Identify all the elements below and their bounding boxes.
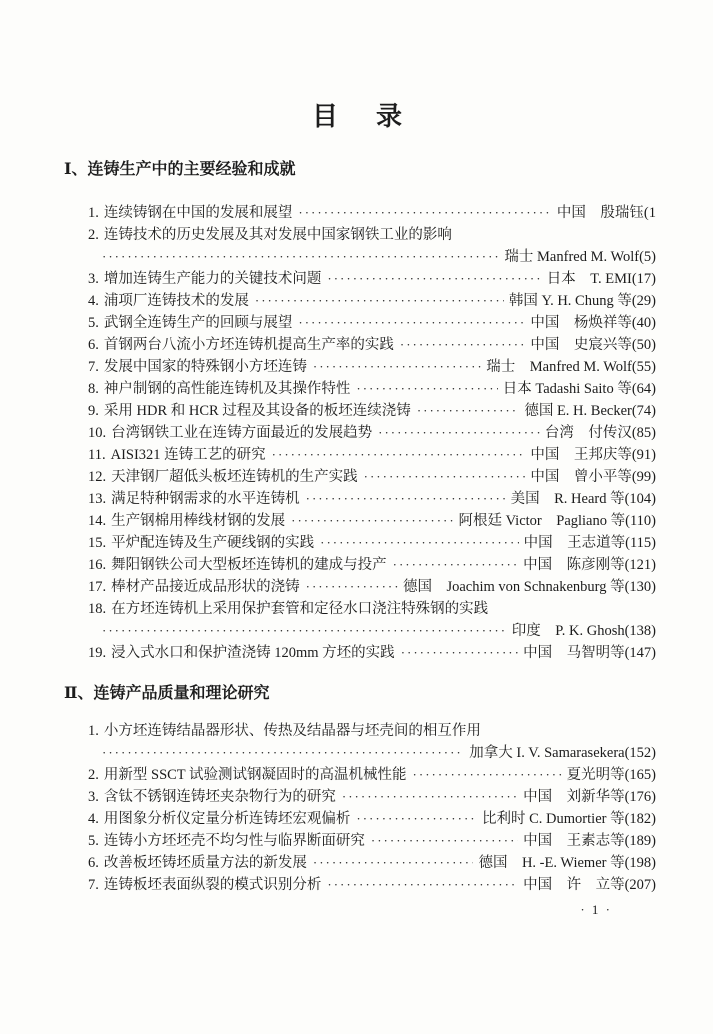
entry-title: 生产钢棉用棒线材钢的发展	[111, 510, 285, 532]
dot-leader	[356, 378, 497, 400]
dot-leader	[102, 620, 507, 642]
toc-entry: 5. 武钢全连铸生产的回顾与展望 中国 杨焕祥等(40)	[88, 312, 656, 334]
entry-title: 浸入式水口和保护渣浇铸 120mm 方坯的实践	[111, 642, 395, 664]
entry-number: 5.	[88, 830, 99, 852]
entry-number: 9.	[88, 400, 99, 422]
dot-leader	[413, 764, 562, 786]
entry-ref: 日本 T. EMI(17)	[547, 268, 656, 290]
entry-ref: 比利时 C. Dumortier 等(182)	[482, 808, 656, 830]
toc-entry: 18. 在方坯连铸机上采用保护套管和定径水口浇注特殊钢的实践 印度 P. K. …	[88, 598, 656, 642]
toc-entry: 6. 改善板坯铸坯质量方法的新发展 德国 H. -E. Wiemer 等(198…	[88, 852, 656, 874]
entry-ref: 阿根廷 Victor Pagliano 等(110)	[458, 510, 656, 532]
dot-leader	[102, 246, 499, 268]
toc-entry: 9. 采用 HDR 和 HCR 过程及其设备的板坯连续浇铸 德国 E. H. B…	[88, 400, 656, 422]
toc-entry: 2. 连铸技术的历史发展及其对发展中国家钢铁工业的影响 瑞士 Manfred M…	[88, 224, 656, 268]
entry-ref: 中国 许 立等(207)	[523, 874, 656, 896]
entry-title: 棒材产品接近成品形状的浇铸	[111, 576, 300, 598]
entry-title: 武钢全连铸生产的回顾与展望	[104, 312, 293, 334]
entry-title: 发展中国家的特殊钢小方坯连铸	[104, 356, 307, 378]
toc-entry: 1. 小方坯连铸结晶器形状、传热及结晶器与坯壳间的相互作用 加拿大 I. V. …	[88, 720, 656, 764]
entry-title: 舞阳钢铁公司大型板坯连铸机的建成与投产	[111, 554, 387, 576]
toc-entry: 4. 浦项厂连铸技术的发展 韩国 Y. H. Chung 等(29)	[88, 290, 656, 312]
dot-leader	[313, 356, 481, 378]
dot-leader	[371, 830, 518, 852]
entry-number: 4.	[88, 808, 99, 830]
entry-ref: 中国 史宸兴等(50)	[530, 334, 656, 356]
entry-number: 13.	[88, 488, 106, 510]
dot-leader	[401, 642, 518, 664]
dot-leader	[400, 334, 525, 356]
entry-number: 18.	[88, 598, 106, 620]
section-1-entries: 1. 连续铸钢在中国的发展和展望 中国 殷瑞钰(1 2. 连铸技术的历史发展及其…	[64, 202, 656, 664]
dot-leader	[364, 466, 526, 488]
entry-number: 15.	[88, 532, 106, 554]
entry-title: 平炉配连铸及生产硬线钢的实践	[111, 532, 314, 554]
toc-entry: 3. 增加连铸生产能力的关键技术问题 日本 T. EMI(17)	[88, 268, 656, 290]
entry-ref: 韩国 Y. H. Chung 等(29)	[509, 290, 656, 312]
scanned-toc-page: 目 录 Ⅰ、连铸生产中的主要经验和成就 1. 连续铸钢在中国的发展和展望 中国 …	[0, 0, 713, 1034]
toc-entry: 15. 平炉配连铸及生产硬线钢的实践 中国 王志道等(115)	[88, 532, 656, 554]
dot-leader	[255, 290, 504, 312]
toc-entry: 11. AISI321 连铸工艺的研究 中国 王邦庆等(91)	[88, 444, 656, 466]
entry-ref: 印度 P. K. Ghosh(138)	[512, 620, 656, 642]
entry-number: 5.	[88, 312, 99, 334]
dot-leader	[342, 786, 518, 808]
entry-ref: 瑞士 Manfred M. Wolf(5)	[504, 246, 656, 268]
entry-number: 7.	[88, 874, 99, 896]
entry-number: 14.	[88, 510, 106, 532]
entry-number: 4.	[88, 290, 99, 312]
entry-ref: 中国 曾小平等(99)	[530, 466, 656, 488]
entry-title: 改善板坯铸坯质量方法的新发展	[104, 852, 307, 874]
section-2-entries: 1. 小方坯连铸结晶器形状、传热及结晶器与坯壳间的相互作用 加拿大 I. V. …	[64, 720, 656, 896]
section-heading-2: Ⅱ、连铸产品质量和理论研究	[64, 682, 656, 706]
entry-number: 2.	[88, 224, 99, 246]
entry-ref: 瑞士 Manfred M. Wolf(55)	[486, 356, 656, 378]
entry-title: 用图象分析仪定量分析连铸坯宏观偏析	[104, 808, 351, 830]
entry-number: 1.	[88, 720, 99, 742]
entry-title: 连铸技术的历史发展及其对发展中国家钢铁工业的影响	[104, 224, 452, 246]
toc-entry: 19. 浸入式水口和保护渣浇铸 120mm 方坯的实践 中国 马智明等(147)	[88, 642, 656, 664]
entry-number: 6.	[88, 852, 99, 874]
dot-leader	[320, 532, 519, 554]
toc-entry: 3. 含钛不锈钢连铸坯夹杂物行为的研究 中国 刘新华等(176)	[88, 786, 656, 808]
entry-title: AISI321 连铸工艺的研究	[111, 444, 266, 466]
section-heading-1: Ⅰ、连铸生产中的主要经验和成就	[64, 158, 656, 182]
entry-ref: 德国 H. -E. Wiemer 等(198)	[478, 852, 656, 874]
dot-leader	[102, 742, 464, 764]
dot-leader	[393, 554, 518, 576]
entry-title: 含钛不锈钢连铸坯夹杂物行为的研究	[104, 786, 336, 808]
entry-number: 1.	[88, 202, 99, 224]
entry-ref: 中国 杨焕祥等(40)	[530, 312, 656, 334]
entry-title: 天津钢厂超低头板坯连铸机的生产实践	[111, 466, 358, 488]
entry-title: 用新型 SSCT 试验测试钢凝固时的高温机械性能	[104, 764, 407, 786]
dot-leader	[298, 202, 552, 224]
dot-leader	[327, 268, 541, 290]
entry-number: 16.	[88, 554, 106, 576]
page-content: 目 录 Ⅰ、连铸生产中的主要经验和成就 1. 连续铸钢在中国的发展和展望 中国 …	[64, 0, 656, 920]
entry-number: 11.	[88, 444, 106, 466]
toc-entry: 7. 发展中国家的特殊钢小方坯连铸 瑞士 Manfred M. Wolf(55)	[88, 356, 656, 378]
toc-entry: 13. 满足特种钢需求的水平连铸机 美国 R. Heard 等(104)	[88, 488, 656, 510]
entry-title: 连铸板坯表面纵裂的模式识别分析	[104, 874, 322, 896]
toc-entry: 1. 连续铸钢在中国的发展和展望 中国 殷瑞钰(1	[88, 202, 656, 224]
dot-leader	[306, 576, 398, 598]
entry-ref: 中国 陈彦刚等(121)	[523, 554, 656, 576]
toc-entry: 5. 连铸小方坯坯壳不均匀性与临界断面研究 中国 王素志等(189)	[88, 830, 656, 852]
entry-title: 满足特种钢需求的水平连铸机	[111, 488, 300, 510]
entry-title: 连续铸钢在中国的发展和展望	[104, 202, 293, 224]
entry-number: 3.	[88, 786, 99, 808]
dot-leader	[272, 444, 526, 466]
toc-entry: 2. 用新型 SSCT 试验测试钢凝固时的高温机械性能 夏光明等(165)	[88, 764, 656, 786]
toc-entry: 10. 台湾钢铁工业在连铸方面最近的发展趋势 台湾 付传汉(85)	[88, 422, 656, 444]
entry-title: 浦项厂连铸技术的发展	[104, 290, 249, 312]
dot-leader	[417, 400, 520, 422]
entry-title: 神户制钢的高性能连铸机及其操作特性	[104, 378, 351, 400]
toc-entry: 16. 舞阳钢铁公司大型板坯连铸机的建成与投产 中国 陈彦刚等(121)	[88, 554, 656, 576]
entry-ref: 夏光明等(165)	[567, 764, 656, 786]
entry-ref: 中国 刘新华等(176)	[523, 786, 656, 808]
entry-number: 3.	[88, 268, 99, 290]
toc-entry: 6. 首钢两台八流小方坯连铸机提高生产率的实践 中国 史宸兴等(50)	[88, 334, 656, 356]
entry-number: 17.	[88, 576, 106, 598]
entry-title: 小方坯连铸结晶器形状、传热及结晶器与坯壳间的相互作用	[104, 720, 481, 742]
dot-leader	[291, 510, 453, 532]
entry-ref: 台湾 付传汉(85)	[545, 422, 656, 444]
dot-leader	[306, 488, 506, 510]
entry-ref: 美国 R. Heard 等(104)	[511, 488, 656, 510]
entry-title: 连铸小方坯坯壳不均匀性与临界断面研究	[104, 830, 365, 852]
entry-ref: 中国 王志道等(115)	[524, 532, 656, 554]
entry-number: 12.	[88, 466, 106, 488]
toc-entry: 4. 用图象分析仪定量分析连铸坯宏观偏析 比利时 C. Dumortier 等(…	[88, 808, 656, 830]
entry-title: 首钢两台八流小方坯连铸机提高生产率的实践	[104, 334, 394, 356]
entry-ref: 日本 Tadashi Saito 等(64)	[503, 378, 656, 400]
entry-ref: 加拿大 I. V. Samarasekera(152)	[469, 742, 656, 764]
entry-ref: 中国 殷瑞钰(1	[557, 202, 656, 224]
entry-title: 采用 HDR 和 HCR 过程及其设备的板坯连续浇铸	[104, 400, 411, 422]
entry-number: 6.	[88, 334, 99, 356]
entry-number: 2.	[88, 764, 99, 786]
toc-entry: 7. 连铸板坯表面纵裂的模式识别分析 中国 许 立等(207)	[88, 874, 656, 896]
entry-number: 7.	[88, 356, 99, 378]
dot-leader	[327, 874, 518, 896]
dot-leader	[356, 808, 477, 830]
toc-entry: 17. 棒材产品接近成品形状的浇铸 德国 Joachim von Schnake…	[88, 576, 656, 598]
entry-title: 台湾钢铁工业在连铸方面最近的发展趋势	[111, 422, 372, 444]
entry-ref: 中国 马智明等(147)	[523, 642, 656, 664]
toc-entry: 14. 生产钢棉用棒线材钢的发展 阿根廷 Victor Pagliano 等(1…	[88, 510, 656, 532]
entry-title: 在方坯连铸机上采用保护套管和定径水口浇注特殊钢的实践	[111, 598, 488, 620]
dot-leader	[298, 312, 525, 334]
toc-entry: 8. 神户制钢的高性能连铸机及其操作特性 日本 Tadashi Saito 等(…	[88, 378, 656, 400]
dot-leader	[378, 422, 540, 444]
entry-number: 10.	[88, 422, 106, 444]
toc-entry: 12. 天津钢厂超低头板坯连铸机的生产实践 中国 曾小平等(99)	[88, 466, 656, 488]
entry-ref: 中国 王素志等(189)	[523, 830, 656, 852]
page-title: 目 录	[64, 0, 656, 134]
entry-title: 增加连铸生产能力的关键技术问题	[104, 268, 322, 290]
page-number: · 1 ·	[64, 900, 656, 920]
entry-ref: 德国 E. H. Becker(74)	[524, 400, 656, 422]
entry-ref: 德国 Joachim von Schnakenburg 等(130)	[403, 576, 656, 598]
entry-ref: 中国 王邦庆等(91)	[530, 444, 656, 466]
dot-leader	[313, 852, 474, 874]
entry-number: 19.	[88, 642, 106, 664]
entry-number: 8.	[88, 378, 99, 400]
